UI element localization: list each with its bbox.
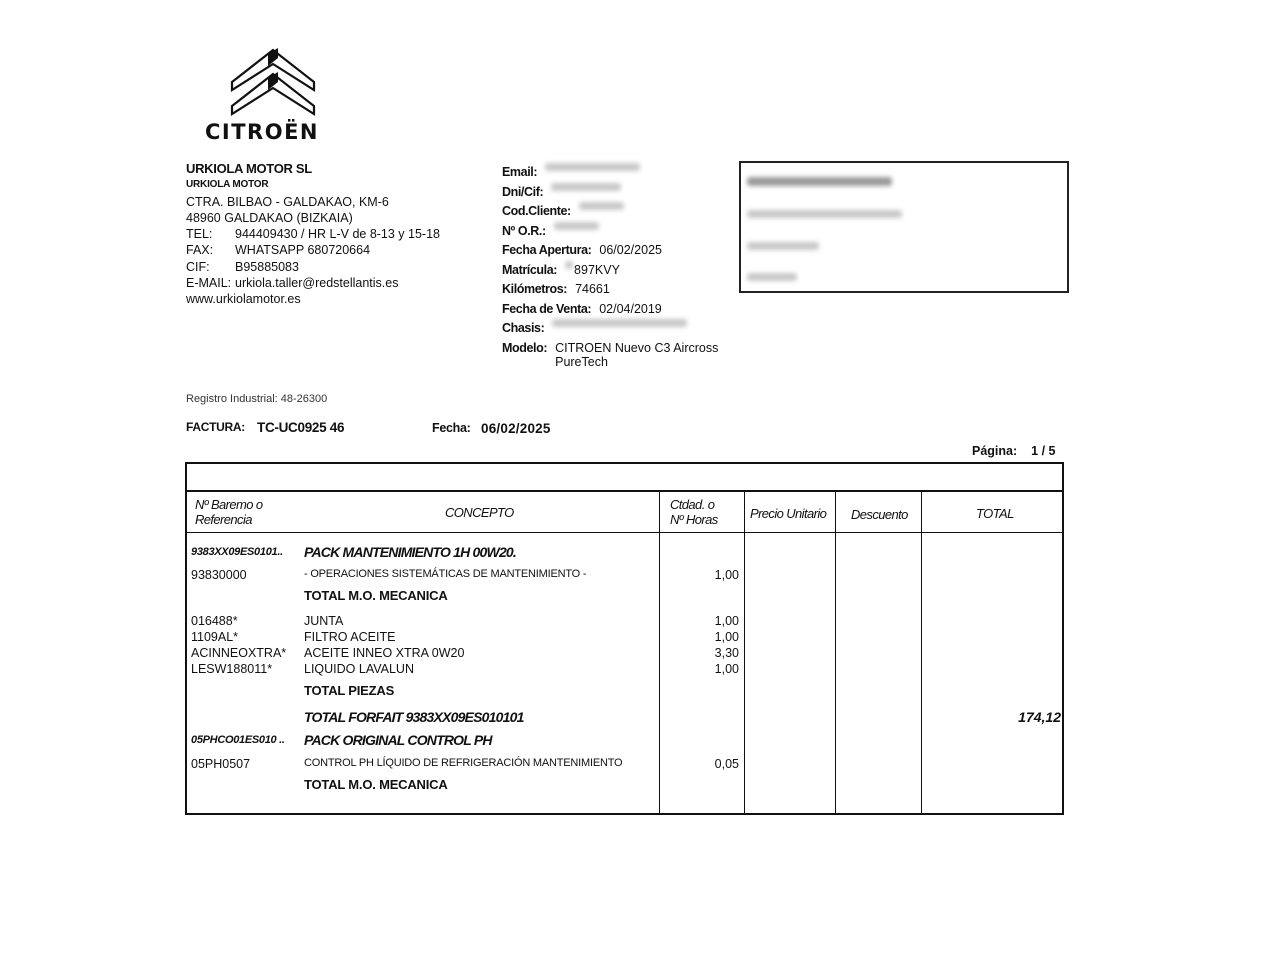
- header-referencia: Nº Baremo oReferencia: [195, 497, 263, 527]
- row-concept: JUNTA: [304, 614, 343, 628]
- row-reference: LESW188011*: [191, 662, 272, 676]
- row-reference: 1109AL*: [191, 630, 238, 644]
- row-quantity: 1,00: [679, 568, 739, 582]
- row-concept: TOTAL FORFAIT 9383XX09ES010101: [304, 709, 524, 725]
- row-reference: 9383XX09ES0101..: [191, 546, 283, 558]
- brand-wordmark: CITROËN: [205, 120, 319, 144]
- row-concept: TOTAL PIEZAS: [304, 683, 394, 698]
- redacted-customer-city: [747, 242, 819, 250]
- row-concept: ACEITE INNEO XTRA 0W20: [304, 646, 464, 660]
- customer-address-box: [739, 161, 1069, 293]
- row-reference: 05PHCO01ES010 ..: [191, 734, 285, 746]
- redacted-value: [554, 222, 599, 230]
- factura-label: FACTURA:: [186, 420, 245, 434]
- meta-chasis: Chasis:: [502, 319, 718, 339]
- redacted-customer-region: [747, 273, 797, 281]
- registro-industrial: Registro Industrial: 48-26300: [186, 393, 327, 405]
- meta-apertura: Fecha Apertura:06/02/2025: [502, 241, 718, 261]
- meta-km: Kilómetros:74661: [502, 280, 718, 300]
- company-address-line2: 48960 GALDAKAO (BIZKAIA): [186, 210, 440, 226]
- invoice-meta: Email: Dni/Cif: Cod.Cliente: Nº O.R.: Fe…: [502, 163, 718, 369]
- row-quantity: 1,00: [679, 662, 739, 676]
- redacted-customer-name: [747, 177, 892, 186]
- meta-email: Email:: [502, 163, 718, 183]
- redacted-value: [551, 183, 621, 191]
- factura-number: TC-UC0925 46: [257, 420, 344, 435]
- meta-dni: Dni/Cif:: [502, 183, 718, 203]
- company-subname: URKIOLA MOTOR: [186, 177, 440, 193]
- company-tel: TEL:944409430 / HR L-V de 8-13 y 15-18: [186, 226, 440, 242]
- row-quantity: 3,30: [679, 646, 739, 660]
- company-name: URKIOLA MOTOR SL: [186, 161, 440, 177]
- citroen-logo-icon: [228, 44, 318, 119]
- row-quantity: 1,00: [679, 614, 739, 628]
- header-concepto: CONCEPTO: [445, 505, 514, 520]
- fecha-value: 06/02/2025: [481, 421, 551, 436]
- row-concept: TOTAL M.O. MECANICA: [304, 588, 448, 603]
- meta-cliente: Cod.Cliente:: [502, 202, 718, 222]
- row-concept: PACK MANTENIMIENTO 1H 00W20.: [304, 544, 516, 560]
- fecha-label: Fecha:: [432, 421, 471, 435]
- meta-venta: Fecha de Venta:02/04/2019: [502, 300, 718, 320]
- row-reference: 05PH0507: [191, 757, 250, 771]
- row-reference: 93830000: [191, 568, 247, 582]
- company-email: E-MAIL:urkiola.taller@redstellantis.es: [186, 275, 440, 291]
- row-reference: ACINNEOXTRA*: [191, 646, 286, 660]
- redacted-value: [579, 202, 624, 210]
- company-cif: CIF:B95885083: [186, 259, 440, 275]
- row-concept: PACK ORIGINAL CONTROL PH: [304, 732, 492, 748]
- header-total: TOTAL: [976, 506, 1014, 521]
- row-total: 174,12: [961, 709, 1061, 725]
- meta-or: Nº O.R.:: [502, 222, 718, 242]
- row-concept: FILTRO ACEITE: [304, 630, 395, 644]
- row-quantity: 0,05: [679, 757, 739, 771]
- meta-modelo: Modelo:CITROEN Nuevo C3 AircrossPureTech: [502, 341, 718, 369]
- redacted-value: [552, 319, 687, 327]
- header-descuento: Descuento: [851, 507, 908, 522]
- redacted-value: [545, 163, 640, 171]
- row-concept: - OPERACIONES SISTEMÁTICAS DE MANTENIMIE…: [304, 568, 586, 580]
- row-concept: CONTROL PH LÍQUIDO DE REFRIGERACIÓN MANT…: [304, 757, 622, 769]
- company-address-line1: CTRA. BILBAO - GALDAKAO, KM-6: [186, 194, 440, 210]
- redacted-customer-street: [747, 210, 902, 218]
- row-concept: LIQUIDO LAVALUN: [304, 662, 414, 676]
- meta-matricula: Matrícula:897KVY: [502, 261, 718, 281]
- row-concept: TOTAL M.O. MECANICA: [304, 777, 448, 792]
- row-reference: 016488*: [191, 614, 238, 628]
- company-website: www.urkiolamotor.es: [186, 291, 440, 307]
- table-top-band: [187, 464, 1062, 492]
- redacted-value: [565, 261, 573, 269]
- company-fax: FAX:WHATSAPP 680720664: [186, 242, 440, 258]
- header-cantidad: Ctdad. oNº Horas: [670, 497, 718, 527]
- header-precio-unitario: Precio Unitario: [750, 506, 826, 521]
- row-quantity: 1,00: [679, 630, 739, 644]
- page-indicator: Página:1 / 5: [972, 444, 1055, 458]
- company-info: URKIOLA MOTOR SL URKIOLA MOTOR CTRA. BIL…: [186, 161, 440, 308]
- invoice-table: Nº Baremo oReferencia CONCEPTO Ctdad. oN…: [185, 462, 1064, 815]
